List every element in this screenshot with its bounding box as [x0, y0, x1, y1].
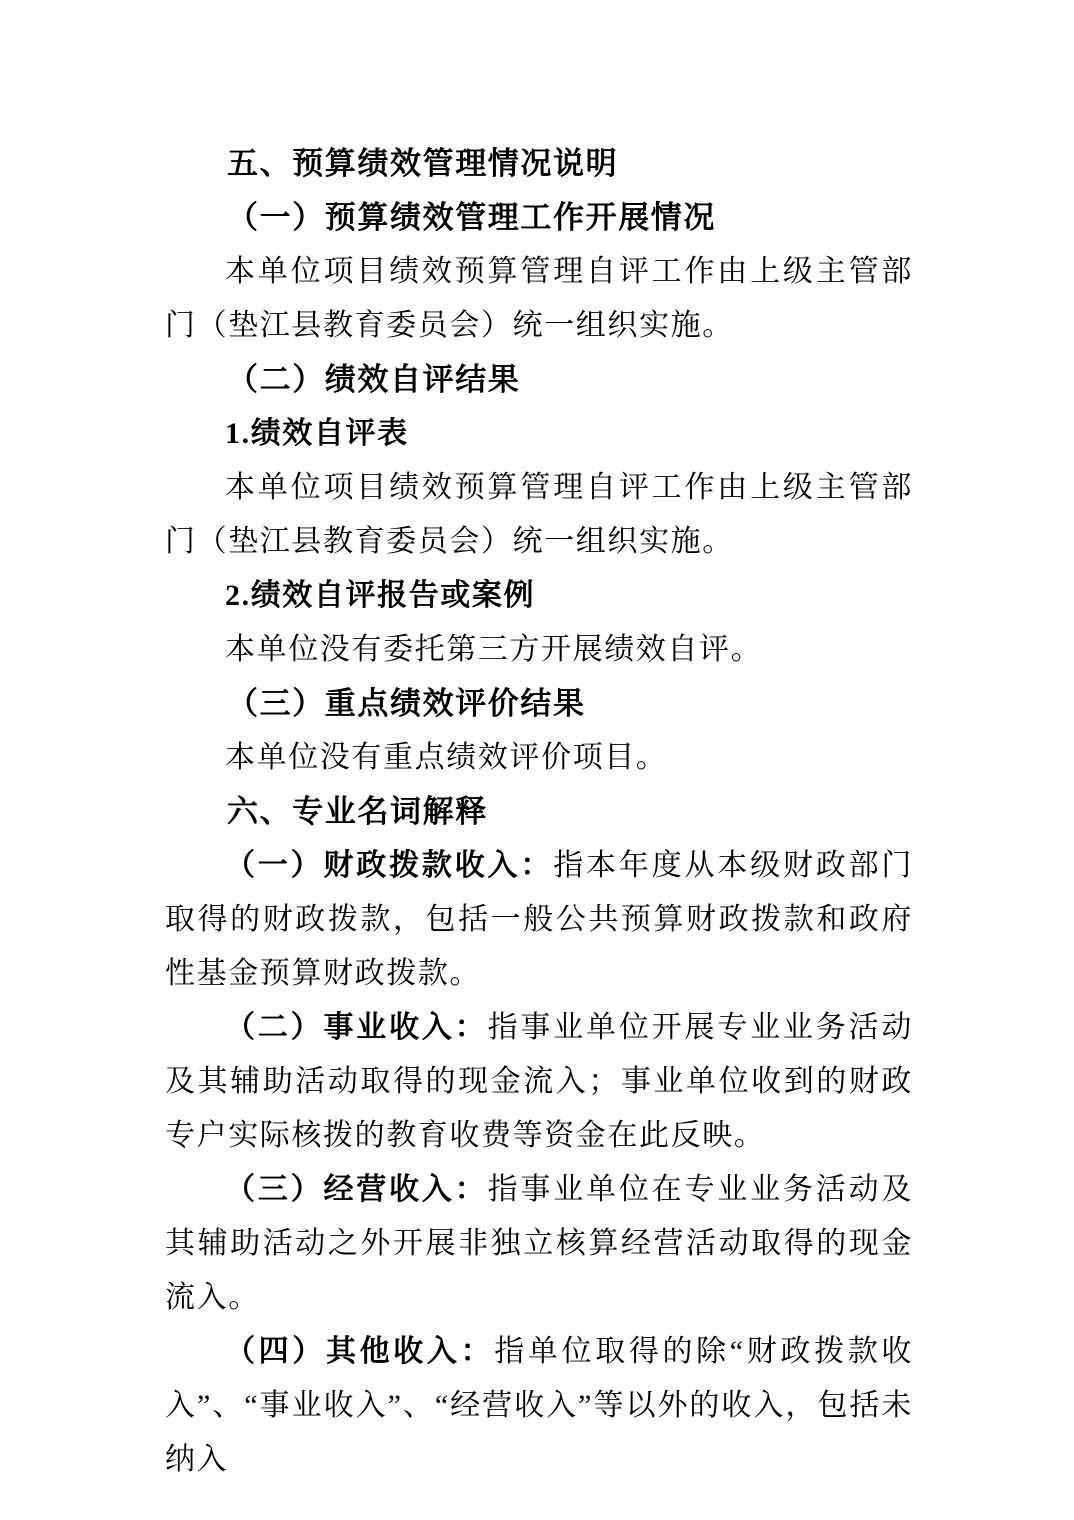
- heading-5-2-1: 1.绩效自评表: [165, 407, 913, 461]
- paragraph-no-key-evaluation: 本单位没有重点绩效评价项目。: [165, 731, 913, 785]
- heading-section-5: 五、预算绩效管理情况说明: [165, 137, 913, 191]
- paragraph-no-third-party: 本单位没有委托第三方开展绩效自评。: [165, 623, 913, 677]
- term-label: （一）财政拨款收入：: [225, 849, 553, 882]
- heading-5-2-2: 2.绩效自评报告或案例: [165, 569, 913, 623]
- heading-5-2: （二）绩效自评结果: [165, 353, 913, 407]
- term-paragraph-operating-income: （三）经营收入：指事业单位在专业业务活动及其辅助活动之外开展非独立核算经营活动取…: [165, 1163, 913, 1325]
- heading-section-6: 六、专业名词解释: [165, 785, 913, 839]
- paragraph-self-evaluation-table: 本单位项目绩效预算管理自评工作由上级主管部门（垫江县教育委员会）统一组织实施。: [165, 461, 913, 569]
- paragraph-self-evaluation-org: 本单位项目绩效预算管理自评工作由上级主管部门（垫江县教育委员会）统一组织实施。: [165, 245, 913, 353]
- term-label: （二）事业收入：: [225, 1011, 488, 1044]
- term-paragraph-other-income: （四）其他收入：指单位取得的除“财政拨款收入”、“事业收入”、“经营收入”等以外…: [165, 1325, 913, 1487]
- heading-5-3: （三）重点绩效评价结果: [165, 677, 913, 731]
- term-paragraph-fiscal-appropriation-income: （一）财政拨款收入：指本年度从本级财政部门取得的财政拨款，包括一般公共预算财政拨…: [165, 839, 913, 1001]
- term-paragraph-business-income: （二）事业收入：指事业单位开展专业业务活动及其辅助活动取得的现金流入；事业单位收…: [165, 1001, 913, 1163]
- document-page: 五、预算绩效管理情况说明 （一）预算绩效管理工作开展情况 本单位项目绩效预算管理…: [0, 0, 1074, 1520]
- term-label: （三）经营收入：: [225, 1173, 488, 1206]
- term-label: （四）其他收入：: [225, 1335, 494, 1368]
- heading-5-1: （一）预算绩效管理工作开展情况: [165, 191, 913, 245]
